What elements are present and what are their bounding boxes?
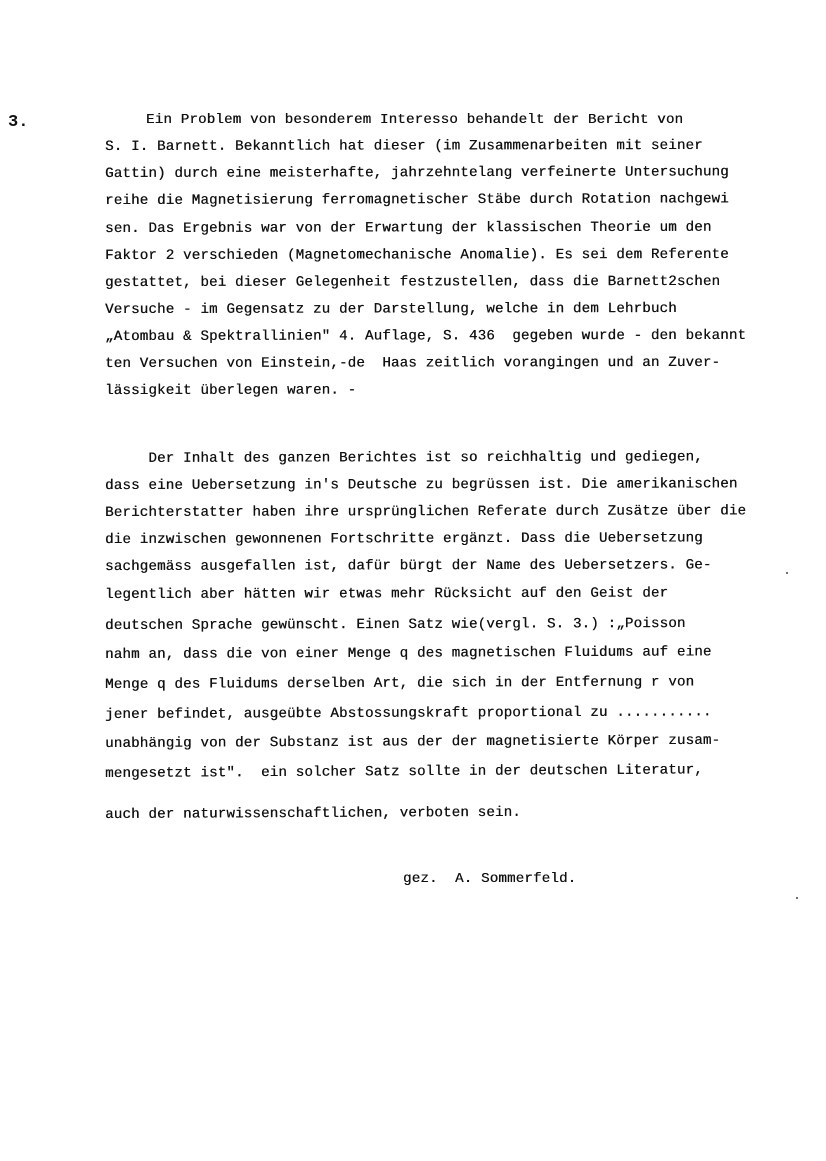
text-line: gestattet, bei dieser Gelegenheit festzu… — [105, 273, 720, 292]
page-number: 3. — [8, 113, 28, 132]
text-line: „Atombau & Spektrallinien" 4. Auflage, S… — [105, 327, 746, 346]
text-line: Ein Problem von besonderem Interesso beh… — [146, 111, 683, 129]
text-line: S. I. Barnett. Bekanntlich hat dieser (i… — [105, 137, 703, 156]
text-line: Berichterstatter haben ihre ursprünglich… — [105, 502, 746, 522]
paper-speck — [796, 897, 798, 899]
text-line: mengesetzt ist". ein solcher Satz sollte… — [105, 761, 703, 783]
text-line: auch der naturwissenschaftlichen, verbot… — [105, 804, 521, 824]
text-line: Gattin) durch eine meisterhafte, jahrzeh… — [105, 163, 729, 183]
text-line: die inzwischen gewonnenen Fortschritte e… — [105, 529, 703, 549]
text-line: unabhängig von der Substanz ist aus der … — [105, 732, 720, 753]
text-line: Versuche - im Gegensatz zu der Darstellu… — [105, 300, 677, 319]
text-line: jener befindet, ausgeübte Abstossungskra… — [105, 703, 712, 724]
text-line: Menge q des Fluidums derselben Art, die … — [105, 673, 694, 694]
paper-speck — [786, 572, 788, 574]
text-line: sachgemäss ausgefallen ist, dafür bürgt … — [105, 556, 712, 576]
signature: gez. A. Sommerfeld. — [403, 871, 576, 887]
text-line: nahm an, dass die von einer Menge q des … — [105, 643, 712, 664]
text-line: legentlich aber hätten wir etwas mehr Rü… — [105, 585, 668, 604]
text-line: Der Inhalt des ganzen Berichtes ist so r… — [105, 448, 703, 468]
text-line: ten Versuchen von Einstein,-de Haas zeit… — [105, 354, 720, 373]
text-line: Faktor 2 verschieden (Magnetomechanische… — [105, 246, 729, 265]
text-line: deutschen Sprache gewünscht. Einen Satz … — [105, 615, 686, 635]
text-line: dass eine Uebersetzung in's Deutsche zu … — [105, 475, 738, 495]
typewritten-page: 3. Ein Problem von besonderem Interesso … — [0, 0, 826, 1161]
text-line: reihe die Magnetisierung ferromagnetisch… — [105, 190, 729, 210]
text-line: lässigkeit überlegen waren. - — [105, 382, 356, 400]
text-line: sen. Das Ergebnis war von der Erwartung … — [105, 219, 712, 238]
